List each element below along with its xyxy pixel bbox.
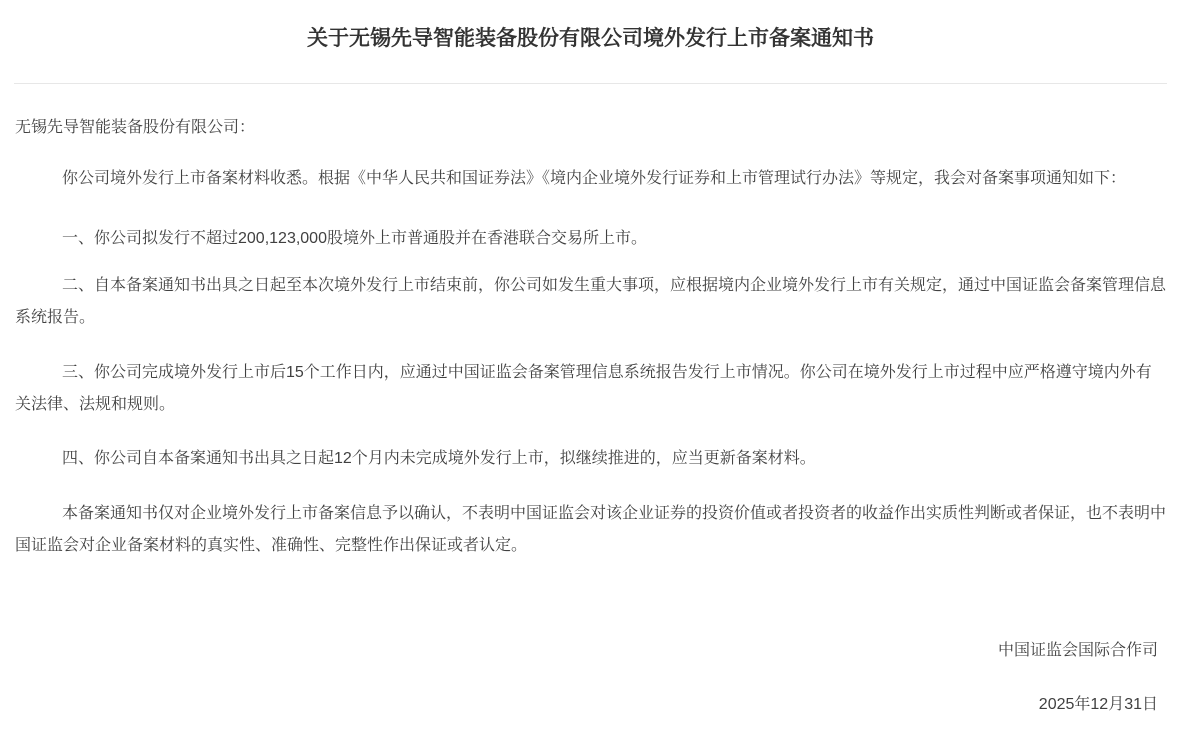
document-title: 关于无锡先导智能装备股份有限公司境外发行上市备案通知书 [0,0,1181,53]
notice-paragraph-item-1: 一、你公司拟发行不超过200,123,000股境外上市普通股并在香港联合交易所上… [15,223,1166,255]
notice-paragraph-disclaimer: 本备案通知书仅对企业境外发行上市备案信息予以确认，不表明中国证监会对该企业证券的… [15,498,1166,562]
document-body: 无锡先导智能装备股份有限公司： 你公司境外发行上市备案材料收悉。根据《中华人民共… [0,112,1181,721]
notice-document: 关于无锡先导智能装备股份有限公司境外发行上市备案通知书 无锡先导智能装备股份有限… [0,0,1181,741]
issue-date: 2025年12月31日 [15,689,1166,721]
title-divider [14,83,1167,84]
notice-paragraph-intro: 你公司境外发行上市备案材料收悉。根据《中华人民共和国证券法》《境内企业境外发行证… [15,163,1166,195]
salutation: 无锡先导智能装备股份有限公司： [15,112,1166,144]
notice-paragraph-item-3: 三、你公司完成境外发行上市后15个工作日内，应通过中国证监会备案管理信息系统报告… [15,357,1166,421]
notice-paragraph-item-2: 二、自本备案通知书出具之日起至本次境外发行上市结束前，你公司如发生重大事项，应根… [15,270,1166,334]
issuer-signature: 中国证监会国际合作司 [15,635,1166,667]
notice-paragraph-item-4: 四、你公司自本备案通知书出具之日起12个月内未完成境外发行上市，拟继续推进的，应… [15,443,1166,475]
